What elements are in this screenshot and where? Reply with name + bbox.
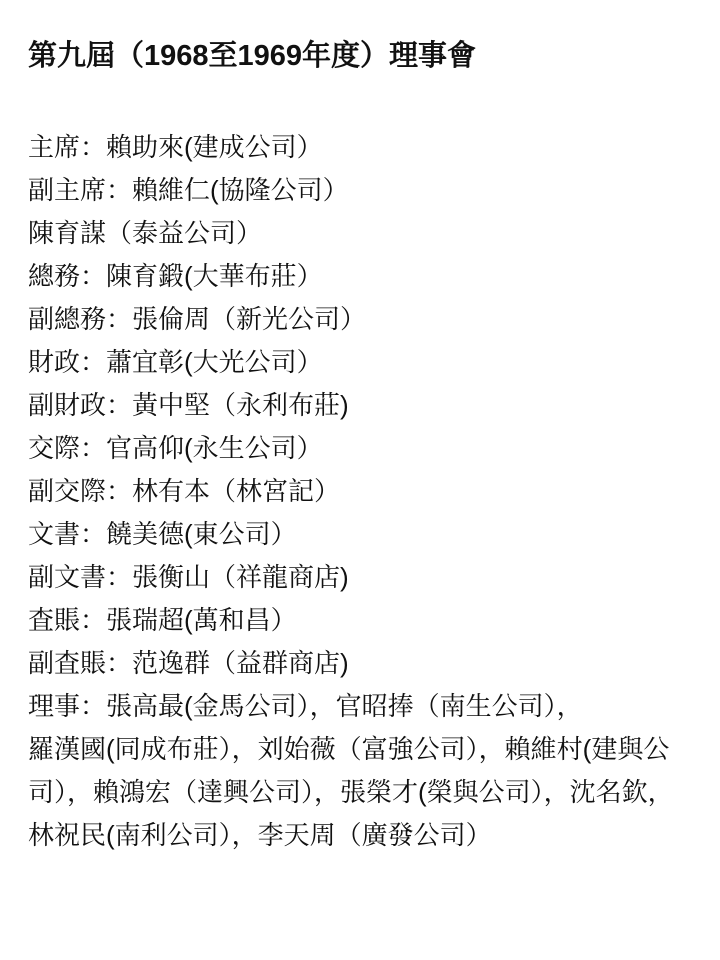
roster-line-vice-chairman-2: 陳育謀（泰益公司） — [28, 212, 692, 255]
document-page: 第九屆（1968至1969年度）理事會 主席：賴助來(建成公司） 副主席：賴維仁… — [0, 0, 720, 857]
roster-line-auditor: 査賬：張瑞超(萬和昌） — [28, 599, 692, 642]
committee-roster: 主席：賴助來(建成公司） 副主席：賴維仁(協隆公司） 陳育謀（泰益公司） 總務：… — [28, 126, 692, 857]
roster-line-chairman: 主席：賴助來(建成公司） — [28, 126, 692, 169]
roster-line-directors-4: 林祝民(南利公司），李天周（廣發公司） — [28, 814, 692, 857]
roster-line-deputy-general-affairs: 副總務：張倫周（新光公司） — [28, 298, 692, 341]
roster-line-deputy-finance: 副財政：黃中堅（永利布莊) — [28, 384, 692, 427]
roster-line-deputy-secretary: 副文書：張衡山（祥龍商店) — [28, 556, 692, 599]
roster-line-deputy-liaison: 副交際：林有本（林宮記） — [28, 470, 692, 513]
roster-line-directors-2: 羅漢國(同成布莊），刘始薇（富強公司），賴維村(建與公 — [28, 728, 692, 771]
page-title: 第九屆（1968至1969年度）理事會 — [28, 36, 692, 76]
roster-line-vice-chairman: 副主席：賴維仁(協隆公司） — [28, 169, 692, 212]
roster-line-directors-3: 司），賴鴻宏（達興公司），張榮才(榮與公司），沈名欽， — [28, 771, 692, 814]
roster-line-directors-1: 理事：張高最(金馬公司），官昭捧（南生公司）， — [28, 685, 692, 728]
roster-line-general-affairs: 總務：陳育鍛(大華布莊） — [28, 255, 692, 298]
roster-line-finance: 財政：蕭宜彰(大光公司） — [28, 341, 692, 384]
roster-line-secretary: 文書：饒美德(東公司） — [28, 513, 692, 556]
roster-line-liaison: 交際：官高仰(永生公司） — [28, 427, 692, 470]
roster-line-deputy-auditor: 副査賬：范逸群（益群商店) — [28, 642, 692, 685]
